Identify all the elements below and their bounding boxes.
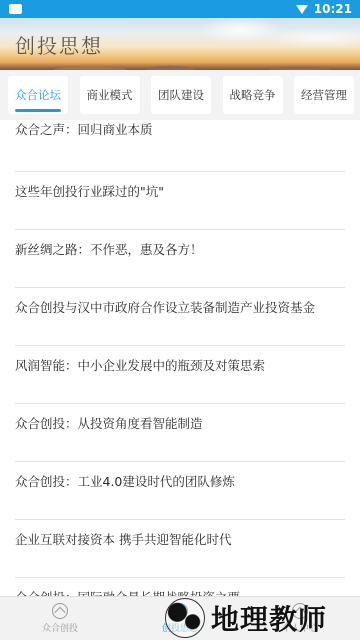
banner-landscape [0, 62, 360, 70]
list-item[interactable]: 新丝绸之路：不作恶，惠及各方！ [15, 230, 345, 288]
category-tabs: 众合论坛 商业模式 团队建设 战略竞争 经营管理 [0, 70, 360, 120]
status-time: 10:21 [314, 2, 352, 16]
status-right: 10:21 [296, 2, 352, 16]
list-item[interactable]: 众合创投与汉中市政府合作设立装备制造产业投资基金 [15, 288, 345, 346]
nav-label: 创投思想 [162, 621, 198, 634]
article-title: 新丝绸之路：不作恶，惠及各方！ [15, 240, 203, 260]
page-title: 创投思想 [15, 30, 103, 59]
tab-operations-management[interactable]: 经营管理 [294, 76, 354, 114]
tab-team-building[interactable]: 团队建设 [151, 76, 211, 114]
tab-label: 商业模式 [87, 87, 133, 103]
tab-label: 众合论坛 [15, 87, 61, 103]
article-list[interactable]: 众合之声：回归商业本质 这些年创投行业踩过的"坑" 新丝绸之路：不作恶，惠及各方… [0, 120, 360, 596]
bottom-nav: 众合创投 创投思想 个人中心 [0, 596, 360, 640]
nav-item-venture-ideas[interactable]: 创投思想 [120, 597, 240, 640]
tab-label: 经营管理 [301, 87, 347, 103]
list-item[interactable]: 众合之声：回归商业本质 [15, 120, 345, 172]
article-title: 企业互联对接资本 携手共迎智能化时代 [15, 530, 231, 550]
tab-strategic-competition[interactable]: 战略竞争 [223, 76, 283, 114]
article-title: 这些年创投行业踩过的"坑" [15, 182, 164, 202]
nav-label: 众合创投 [42, 621, 78, 634]
user-icon [292, 603, 308, 619]
article-title: 风润智能：中小企业发展中的瓶颈及对策思索 [15, 356, 265, 376]
article-title: 众合之声：回归商业本质 [15, 120, 153, 140]
nav-item-zhonghe-venture[interactable]: 众合创投 [0, 597, 120, 640]
ideas-icon [172, 603, 188, 619]
article-title: 众合创投：从投资角度看智能制造 [15, 414, 203, 434]
article-title: 众合创投：工业4.0建设时代的团队修炼 [15, 472, 235, 492]
list-item[interactable]: 众合创投：工业4.0建设时代的团队修炼 [15, 462, 345, 520]
tab-label: 战略竞争 [230, 87, 276, 103]
article-title: 众合创投：国际融合是长期战略投资之要 [15, 588, 240, 596]
list-item[interactable]: 企业互联对接资本 携手共迎智能化时代 [15, 520, 345, 578]
tab-business-model[interactable]: 商业模式 [80, 76, 140, 114]
nav-label: 个人中心 [282, 621, 318, 634]
status-bar: 10:21 [0, 0, 360, 18]
list-item[interactable]: 众合创投：国际融合是长期战略投资之要 [15, 578, 345, 596]
article-title: 众合创投与汉中市政府合作设立装备制造产业投资基金 [15, 298, 315, 318]
list-item[interactable]: 风润智能：中小企业发展中的瓶颈及对策思索 [15, 346, 345, 404]
list-item[interactable]: 这些年创投行业踩过的"坑" [15, 172, 345, 230]
nav-item-personal-center[interactable]: 个人中心 [240, 597, 360, 640]
home-icon [52, 603, 68, 619]
tab-zhonghe-forum[interactable]: 众合论坛 [8, 76, 68, 114]
tab-label: 团队建设 [158, 87, 204, 103]
header-banner: 创投思想 [0, 18, 360, 70]
notification-icon [9, 4, 22, 14]
wifi-icon [296, 5, 308, 14]
list-item[interactable]: 众合创投：从投资角度看智能制造 [15, 404, 345, 462]
